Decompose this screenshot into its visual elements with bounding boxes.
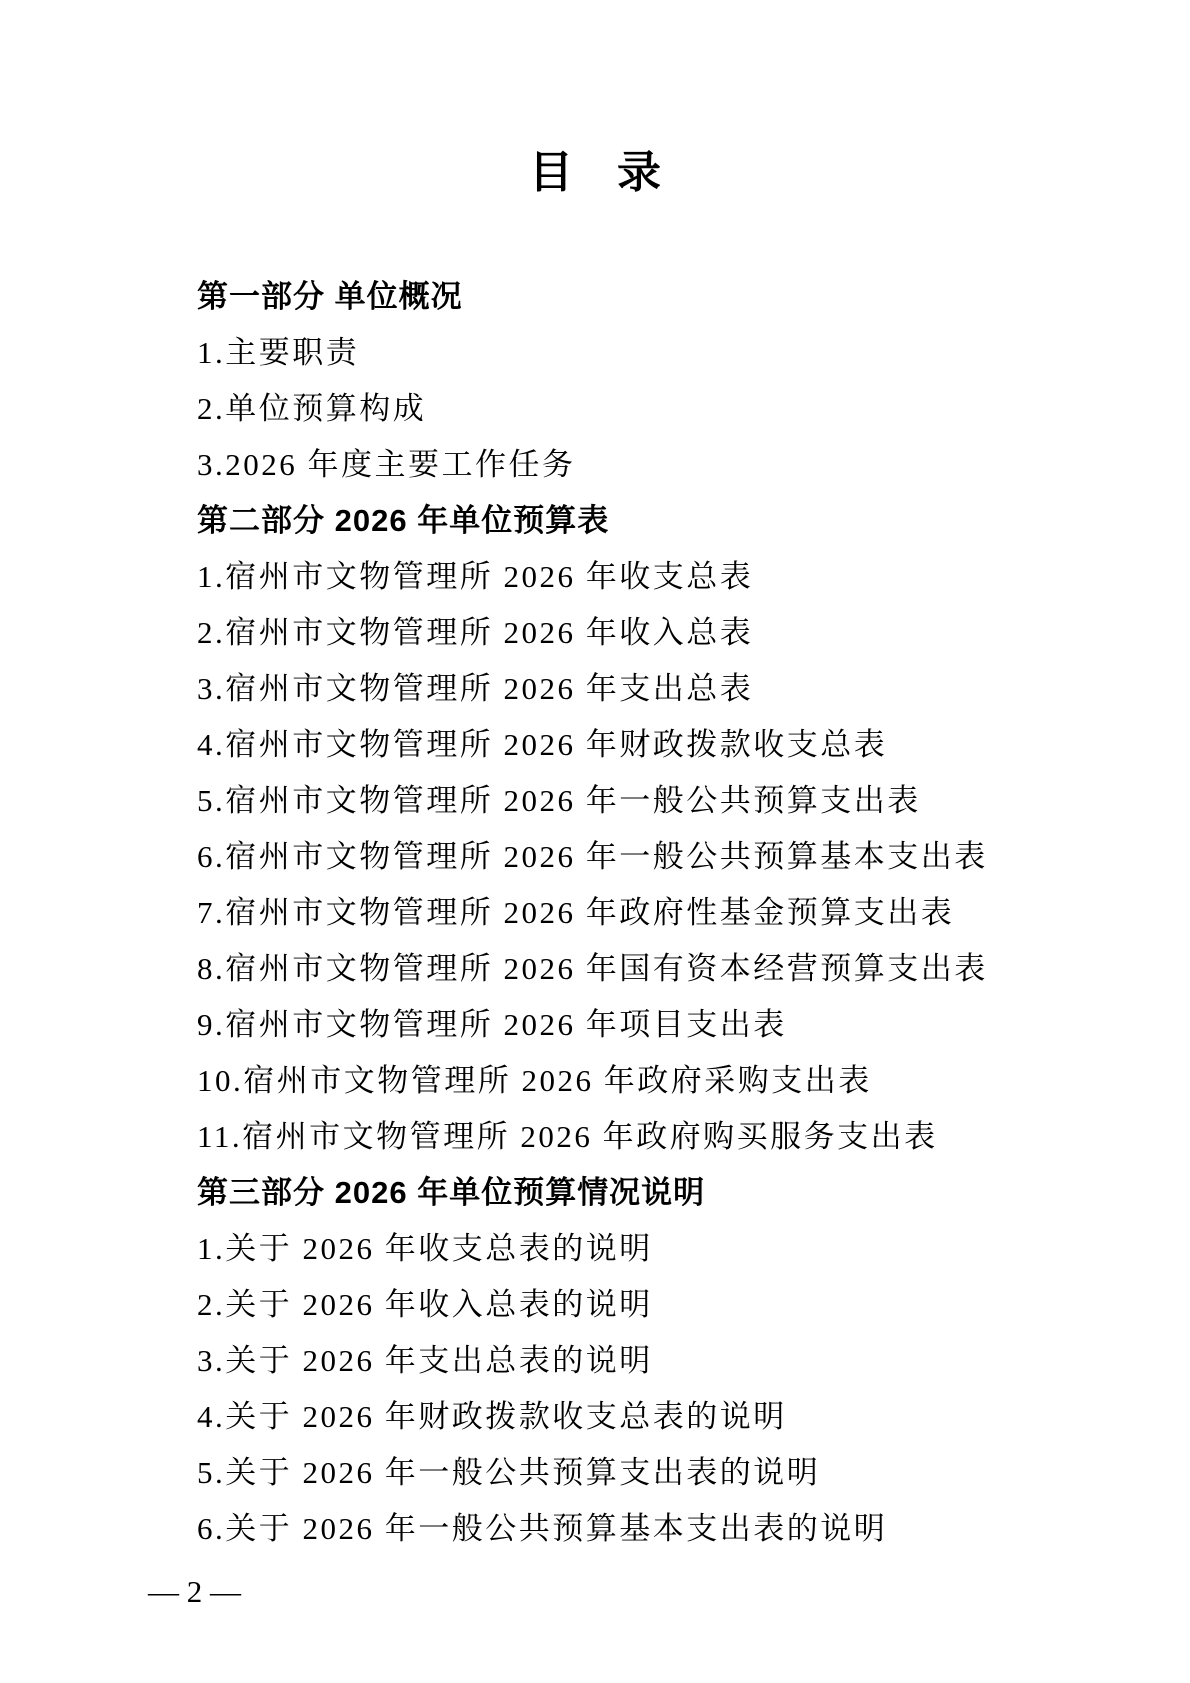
toc-item: 8.宿州市文物管理所 2026 年国有资本经营预算支出表	[197, 937, 1057, 993]
toc-item: 9.宿州市文物管理所 2026 年项目支出表	[197, 993, 1057, 1049]
toc-item: 2.宿州市文物管理所 2026 年收入总表	[197, 601, 1057, 657]
toc-item: 1.宿州市文物管理所 2026 年收支总表	[197, 545, 1057, 601]
toc-item: 3.2026 年度主要工作任务	[197, 433, 1057, 489]
page-title: 目 录	[0, 150, 1190, 196]
toc-item: 6.关于 2026 年一般公共预算基本支出表的说明	[197, 1497, 1057, 1553]
toc-item: 7.宿州市文物管理所 2026 年政府性基金预算支出表	[197, 881, 1057, 937]
toc-item: 2.单位预算构成	[197, 377, 1057, 433]
toc-item: 5.宿州市文物管理所 2026 年一般公共预算支出表	[197, 769, 1057, 825]
document-page: 目 录 第一部分 单位概况 1.主要职责 2.单位预算构成 3.2026 年度主…	[0, 0, 1190, 1683]
toc-item: 2.关于 2026 年收入总表的说明	[197, 1273, 1057, 1329]
toc-item: 3.关于 2026 年支出总表的说明	[197, 1329, 1057, 1385]
toc-item: 6.宿州市文物管理所 2026 年一般公共预算基本支出表	[197, 825, 1057, 881]
toc-section-heading-3: 第三部分 2026 年单位预算情况说明	[197, 1161, 1057, 1217]
toc-item: 5.关于 2026 年一般公共预算支出表的说明	[197, 1441, 1057, 1497]
toc-item: 4.宿州市文物管理所 2026 年财政拨款收支总表	[197, 713, 1057, 769]
toc-item: 11.宿州市文物管理所 2026 年政府购买服务支出表	[197, 1105, 1057, 1161]
toc-section-heading-1: 第一部分 单位概况	[197, 265, 1057, 321]
toc-item: 4.关于 2026 年财政拨款收支总表的说明	[197, 1385, 1057, 1441]
table-of-contents: 第一部分 单位概况 1.主要职责 2.单位预算构成 3.2026 年度主要工作任…	[197, 265, 1057, 1553]
toc-item: 1.主要职责	[197, 321, 1057, 377]
toc-item: 10.宿州市文物管理所 2026 年政府采购支出表	[197, 1049, 1057, 1105]
toc-item: 3.宿州市文物管理所 2026 年支出总表	[197, 657, 1057, 713]
toc-item: 1.关于 2026 年收支总表的说明	[197, 1217, 1057, 1273]
toc-section-heading-2: 第二部分 2026 年单位预算表	[197, 489, 1057, 545]
page-number: — 2 —	[148, 1575, 241, 1609]
